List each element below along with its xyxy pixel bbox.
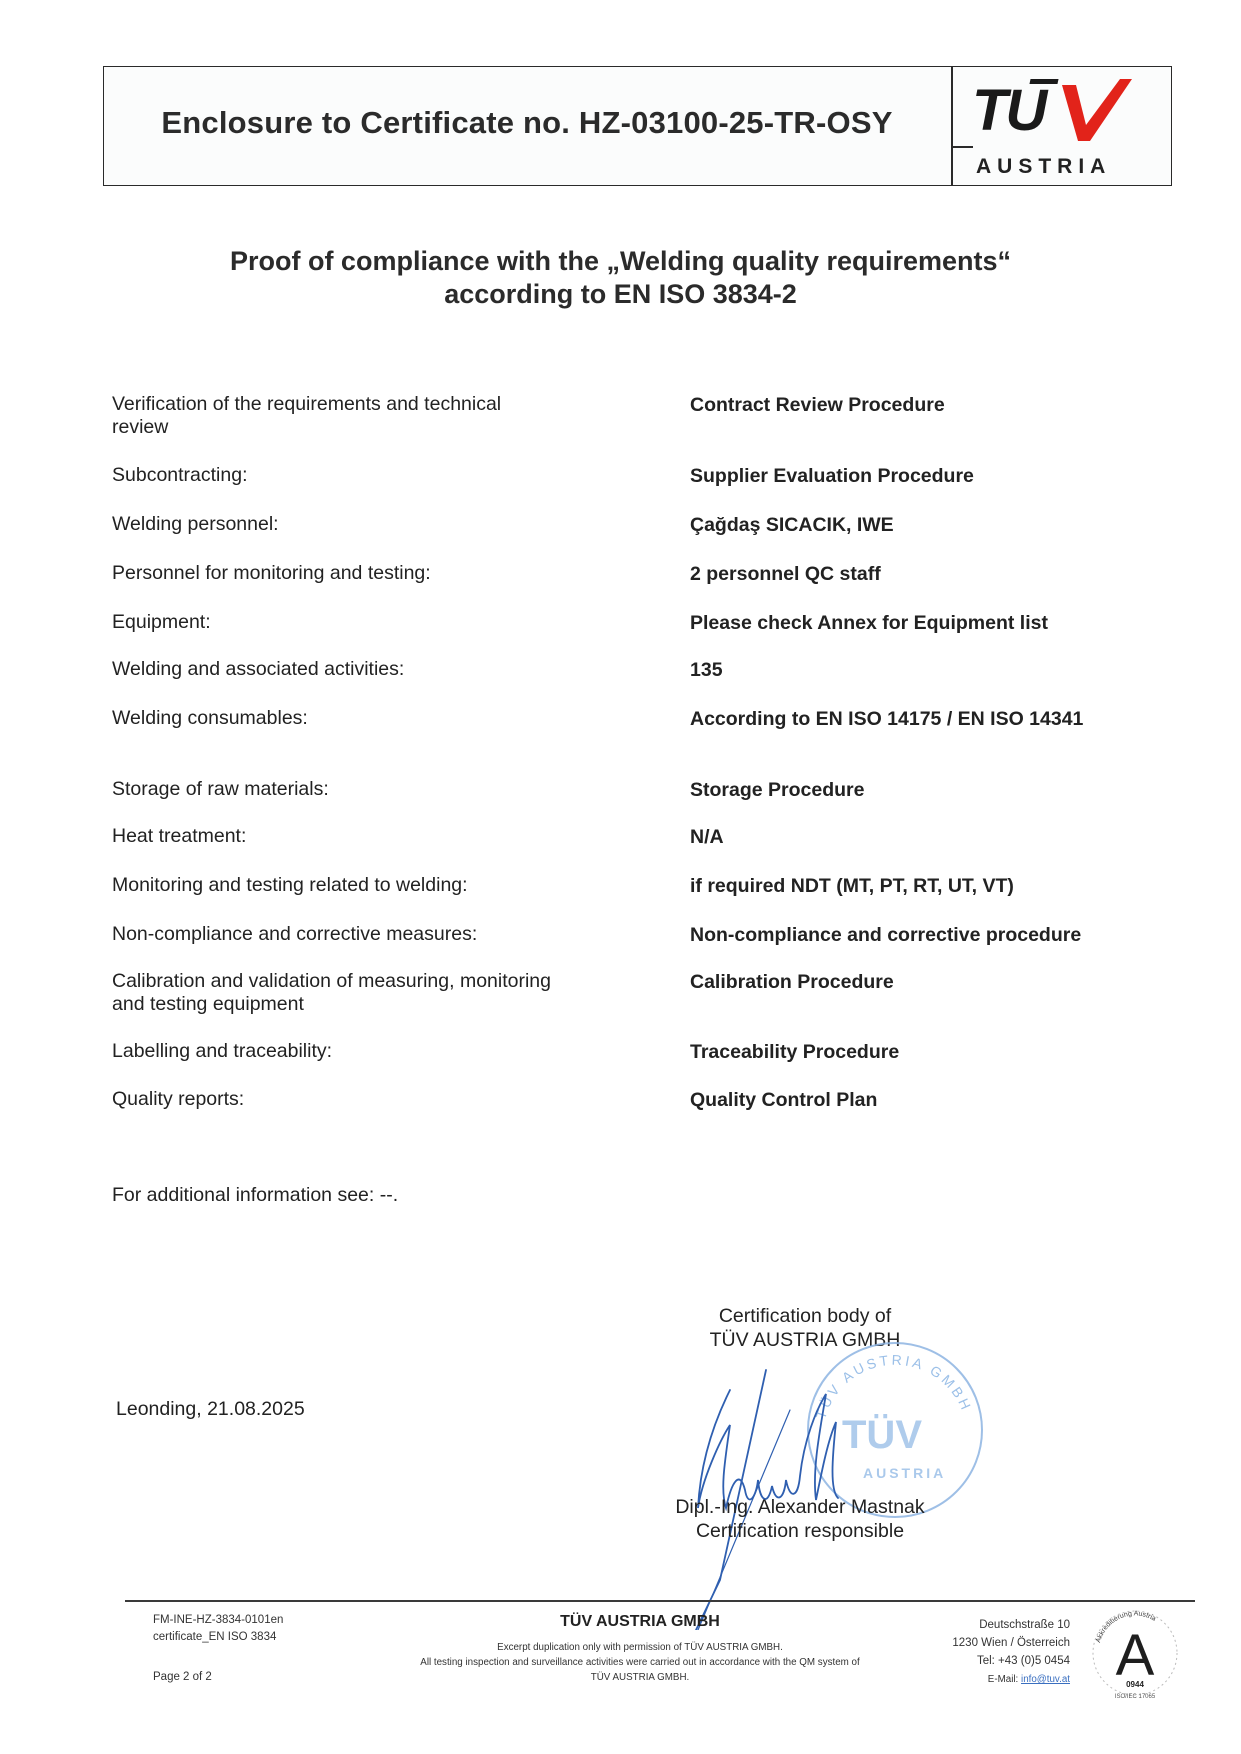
requirement-value: Traceability Procedure xyxy=(690,1041,1210,1064)
requirement-value: Calibration Procedure xyxy=(690,971,1210,994)
footer-company: TÜV AUSTRIA GMBH xyxy=(380,1613,900,1631)
document-subtitle-line2: according to EN ISO 3834-2 xyxy=(0,279,1241,310)
requirement-label: Heat treatment: xyxy=(112,825,572,848)
footer-email-link[interactable]: info@tuv.at xyxy=(1021,1674,1070,1685)
footer-email-label: E-Mail: xyxy=(988,1674,1018,1685)
footer-address-street: Deutschstraße 10 xyxy=(900,1617,1070,1633)
footer-form-name: certificate_EN ISO 3834 xyxy=(153,1629,276,1645)
footer-phone: Tel: +43 (0)5 0454 xyxy=(900,1653,1070,1669)
logo-umlaut-bar xyxy=(1029,79,1058,84)
requirement-label: Calibration and validation of measuring,… xyxy=(112,970,572,1016)
requirement-value: if required NDT (MT, PT, RT, UT, VT) xyxy=(690,875,1210,898)
requirement-label: Welding consumables: xyxy=(112,707,572,730)
footer-page-number: Page 2 of 2 xyxy=(153,1669,212,1685)
requirement-label: Equipment: xyxy=(112,611,572,634)
certificate-title: Enclosure to Certificate no. HZ-03100-25… xyxy=(103,105,951,141)
requirement-label: Subcontracting: xyxy=(112,464,572,487)
accreditation-seal-icon: Akkreditierung Austria A 0944 ISO/IEC 17… xyxy=(1088,1603,1182,1703)
certification-body-line1: Certification body of xyxy=(640,1304,970,1328)
requirement-label: Monitoring and testing related to weldin… xyxy=(112,874,572,897)
requirement-value: Quality Control Plan xyxy=(690,1089,1210,1112)
requirement-value: Çağdaş SICACIK, IWE xyxy=(690,514,1210,537)
accreditation-seal: Akkreditierung Austria A 0944 ISO/IEC 17… xyxy=(1088,1603,1182,1703)
additional-info: For additional information see: --. xyxy=(112,1183,398,1207)
svg-text:AUSTRIA: AUSTRIA xyxy=(863,1465,946,1481)
document-subtitle-line1: Proof of compliance with the „Welding qu… xyxy=(0,246,1241,277)
requirement-label: Labelling and traceability: xyxy=(112,1040,572,1063)
requirement-value: Please check Annex for Equipment list xyxy=(690,612,1210,635)
svg-text:ISO/IEC 17065: ISO/IEC 17065 xyxy=(1115,1694,1156,1700)
svg-text:TÜV: TÜV xyxy=(842,1412,922,1457)
requirement-value: Non-compliance and corrective procedure xyxy=(690,924,1210,947)
signer-role: Certification responsible xyxy=(630,1519,970,1543)
requirement-label: Personnel for monitoring and testing: xyxy=(112,562,572,585)
logo-tuv-word: TU xyxy=(972,77,1045,144)
requirement-value: According to EN ISO 14175 / EN ISO 14341 xyxy=(690,708,1210,731)
requirement-label: Verification of the requirements and tec… xyxy=(112,393,542,439)
requirement-value: 2 personnel QC staff xyxy=(690,563,1210,586)
requirement-value: Supplier Evaluation Procedure xyxy=(690,465,1210,488)
tuv-austria-logo: TU AUSTRIA xyxy=(952,67,1172,185)
logo-red-v-icon xyxy=(1062,79,1132,143)
svg-text:0944: 0944 xyxy=(1126,1680,1144,1689)
requirement-label: Quality reports: xyxy=(112,1088,572,1111)
requirement-label: Welding and associated activities: xyxy=(112,658,572,681)
requirement-label: Welding personnel: xyxy=(112,513,572,536)
logo-austria-text: AUSTRIA xyxy=(976,155,1111,179)
footer-divider xyxy=(125,1600,1195,1602)
footer-form-code: FM-INE-HZ-3834-0101en xyxy=(153,1612,283,1628)
svg-text:A: A xyxy=(1116,1623,1155,1688)
requirement-value: N/A xyxy=(690,826,1210,849)
signature-stamp-icon: TÜV AUSTRIA TÜV AUSTRIA GMBH xyxy=(580,1330,1000,1630)
footer-note-line2: All testing inspection and surveillance … xyxy=(360,1655,920,1670)
footer-note-line3: TÜV AUSTRIA GMBH. xyxy=(360,1670,920,1685)
place-and-date: Leonding, 21.08.2025 xyxy=(116,1397,305,1421)
requirement-label: Storage of raw materials: xyxy=(112,778,572,801)
footer-note-line1: Excerpt duplication only with permission… xyxy=(360,1640,920,1655)
requirement-value: Contract Review Procedure xyxy=(690,394,1210,417)
requirement-value: Storage Procedure xyxy=(690,779,1210,802)
footer-address-city: 1230 Wien / Österreich xyxy=(900,1635,1070,1651)
requirement-label: Non-compliance and corrective measures: xyxy=(112,923,572,946)
footer-email-row: E-Mail: info@tuv.at xyxy=(900,1672,1070,1687)
signer-name: Dipl.-Ing. Alexander Mastnak xyxy=(630,1495,970,1519)
requirement-value: 135 xyxy=(690,659,1210,682)
